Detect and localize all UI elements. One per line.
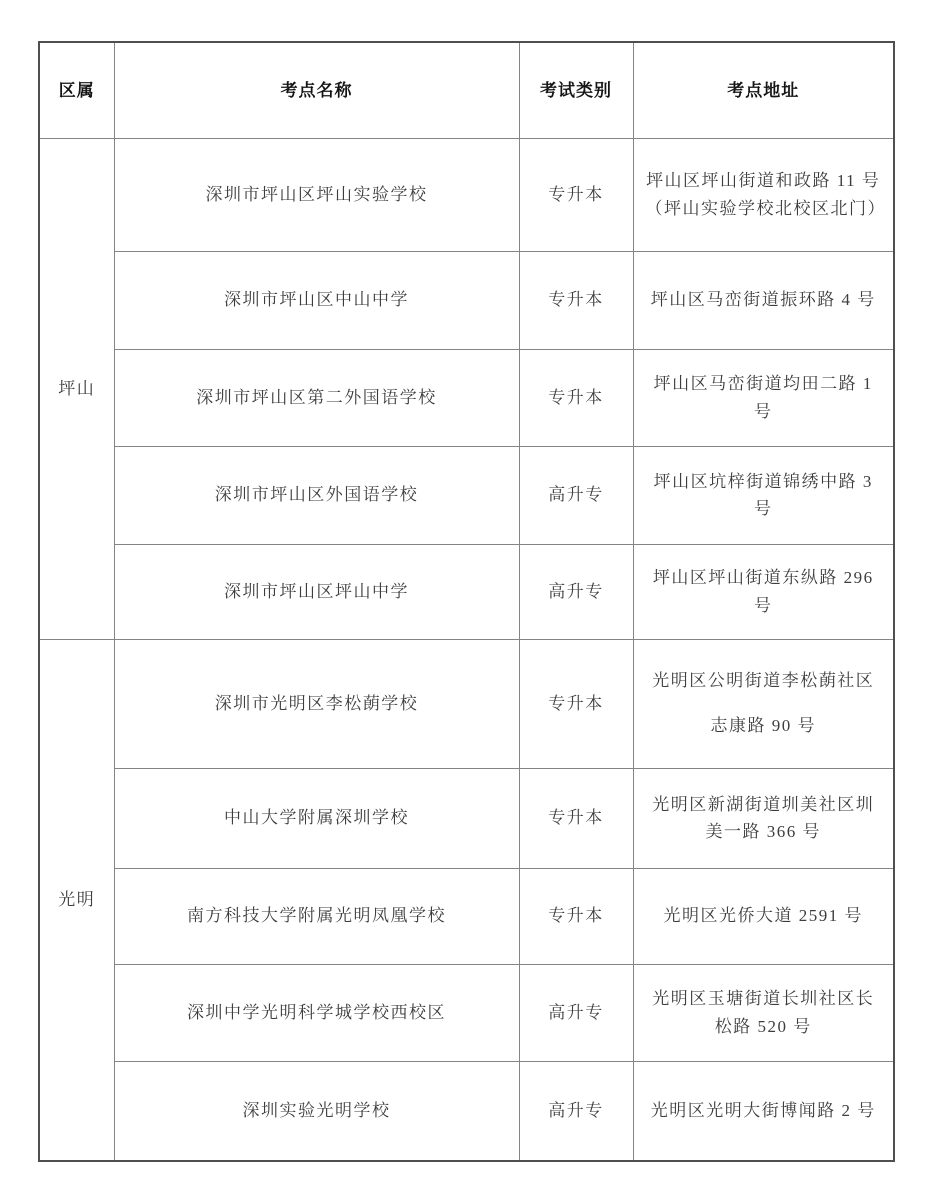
site-address-cell: 坪山区坪山街道和政路 11 号（坪山实验学校北校区北门）: [633, 138, 894, 251]
exam-category-cell: 专升本: [519, 138, 633, 251]
site-address-cell: 光明区新湖街道圳美社区圳美一路 366 号: [633, 768, 894, 868]
header-cell-district: 区属: [39, 42, 114, 138]
table-row: 深圳市坪山区第二外国语学校 专升本 坪山区马峦街道均田二路 1 号: [39, 349, 894, 446]
site-address-cell: 光明区光明大街博闻路 2 号: [633, 1061, 894, 1161]
site-address-cell: 光明区公明街道李松蓢社区志康路 90 号: [633, 639, 894, 768]
exam-category-cell: 高升专: [519, 964, 633, 1061]
site-address-cell: 坪山区马峦街道均田二路 1 号: [633, 349, 894, 446]
header-cell-site-name: 考点名称: [114, 42, 519, 138]
exam-category-cell: 高升专: [519, 544, 633, 639]
site-name-cell: 深圳市坪山区外国语学校: [114, 446, 519, 544]
table-row: 深圳市坪山区外国语学校 高升专 坪山区坑梓街道锦绣中路 3 号: [39, 446, 894, 544]
table-row: 南方科技大学附属光明凤凰学校 专升本 光明区光侨大道 2591 号: [39, 868, 894, 964]
site-name-cell: 南方科技大学附属光明凤凰学校: [114, 868, 519, 964]
table-row: 光明 深圳市光明区李松蓢学校 专升本 光明区公明街道李松蓢社区志康路 90 号: [39, 639, 894, 768]
table-row: 深圳实验光明学校 高升专 光明区光明大街博闻路 2 号: [39, 1061, 894, 1161]
exam-category-cell: 专升本: [519, 349, 633, 446]
exam-category-cell: 高升专: [519, 446, 633, 544]
site-name-cell: 中山大学附属深圳学校: [114, 768, 519, 868]
exam-category-cell: 专升本: [519, 768, 633, 868]
exam-category-cell: 专升本: [519, 639, 633, 768]
site-address-cell: 坪山区坪山街道东纵路 296 号: [633, 544, 894, 639]
document-page: 区属 考点名称 考试类别 考点地址 坪山 深圳市坪山区坪山实验学校 专升本 坪山…: [0, 0, 932, 1190]
site-name-cell: 深圳市坪山区坪山中学: [114, 544, 519, 639]
exam-category-cell: 专升本: [519, 868, 633, 964]
header-row: 区属 考点名称 考试类别 考点地址: [39, 42, 894, 138]
exam-category-cell: 高升专: [519, 1061, 633, 1161]
table-row: 深圳中学光明科学城学校西校区 高升专 光明区玉塘街道长圳社区长松路 520 号: [39, 964, 894, 1061]
table-row: 深圳市坪山区中山中学 专升本 坪山区马峦街道振环路 4 号: [39, 251, 894, 349]
site-name-cell: 深圳中学光明科学城学校西校区: [114, 964, 519, 1061]
site-name-cell: 深圳市坪山区中山中学: [114, 251, 519, 349]
site-address-cell: 光明区玉塘街道长圳社区长松路 520 号: [633, 964, 894, 1061]
exam-category-cell: 专升本: [519, 251, 633, 349]
site-address-cell: 光明区光侨大道 2591 号: [633, 868, 894, 964]
header-cell-site-address: 考点地址: [633, 42, 894, 138]
site-name-cell: 深圳实验光明学校: [114, 1061, 519, 1161]
table-row: 中山大学附属深圳学校 专升本 光明区新湖街道圳美社区圳美一路 366 号: [39, 768, 894, 868]
site-address-cell: 坪山区坑梓街道锦绣中路 3 号: [633, 446, 894, 544]
district-cell-pingshan: 坪山: [39, 138, 114, 639]
header-cell-exam-category: 考试类别: [519, 42, 633, 138]
exam-sites-table: 区属 考点名称 考试类别 考点地址 坪山 深圳市坪山区坪山实验学校 专升本 坪山…: [38, 41, 895, 1162]
site-address-cell: 坪山区马峦街道振环路 4 号: [633, 251, 894, 349]
district-cell-guangming: 光明: [39, 639, 114, 1161]
table-row: 坪山 深圳市坪山区坪山实验学校 专升本 坪山区坪山街道和政路 11 号（坪山实验…: [39, 138, 894, 251]
site-name-cell: 深圳市坪山区坪山实验学校: [114, 138, 519, 251]
table-row: 深圳市坪山区坪山中学 高升专 坪山区坪山街道东纵路 296 号: [39, 544, 894, 639]
site-name-cell: 深圳市坪山区第二外国语学校: [114, 349, 519, 446]
site-name-cell: 深圳市光明区李松蓢学校: [114, 639, 519, 768]
